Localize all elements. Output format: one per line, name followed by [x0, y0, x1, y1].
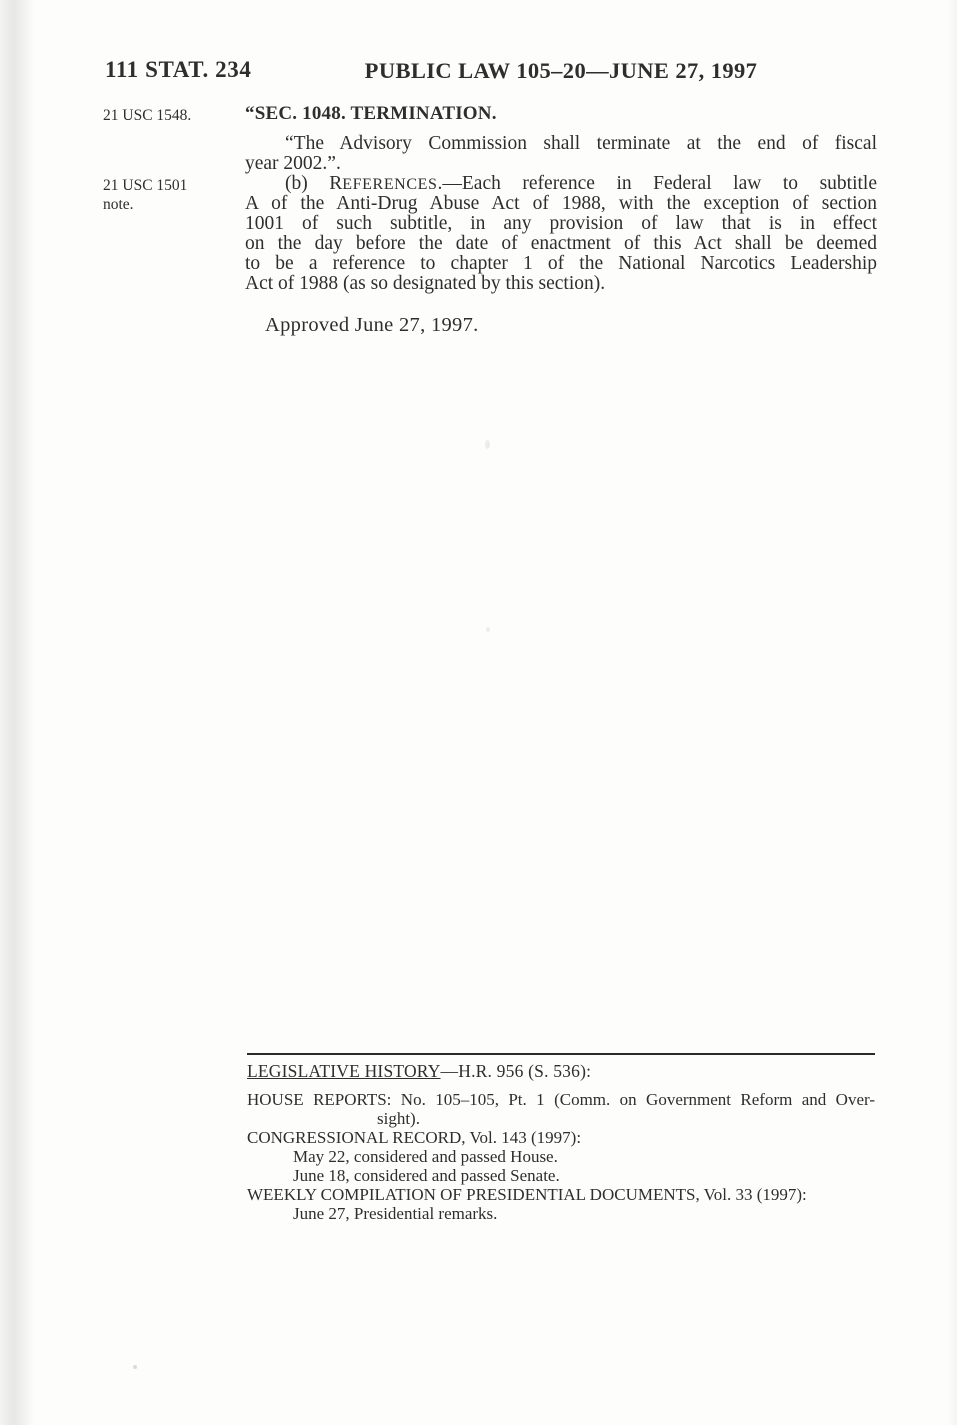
paragraph-line: to be a reference to chapter 1 of the Na…	[245, 254, 877, 274]
scan-speck	[485, 440, 490, 449]
weekly-compilation-line: WEEKLY COMPILATION OF PRESIDENTIAL DOCUM…	[247, 1185, 875, 1204]
paragraph-line: A of the Anti-Drug Abuse Act of 1988, wi…	[245, 194, 877, 214]
section-heading: “SEC. 1048. TERMINATION.	[245, 104, 877, 124]
legislative-history-title: LEGISLATIVE HISTORY—H.R. 956 (S. 536):	[247, 1062, 875, 1081]
paragraph-line: year 2002.”.	[245, 154, 877, 174]
scan-speck	[486, 627, 490, 632]
public-law-header: PUBLIC LAW 105–20—JUNE 27, 1997	[245, 58, 877, 84]
page-binding-edge	[0, 0, 34, 1425]
scanned-statute-page: 111 STAT. 234 PUBLIC LAW 105–20—JUNE 27,…	[0, 0, 957, 1425]
statute-body-text: “SEC. 1048. TERMINATION. “The Advisory C…	[245, 104, 877, 335]
record-item: May 22, considered and passed House.	[247, 1147, 875, 1166]
congressional-record-line: CONGRESSIONAL RECORD, Vol. 143 (1997):	[247, 1128, 875, 1147]
paragraph-line: Act of 1988 (as so designated by this se…	[245, 274, 877, 294]
paragraph-line: 1001 of such subtitle, in any provision …	[245, 214, 877, 234]
approval-date-line: Approved June 27, 1997.	[245, 315, 877, 335]
margin-citation-line: note.	[103, 195, 238, 214]
statute-page-number: 111 STAT. 234	[105, 57, 251, 83]
paragraph-text: .—Each reference in Federal law to subti…	[438, 174, 878, 194]
house-reports-continuation: sight).	[247, 1109, 875, 1128]
margin-citation-21usc1548: 21 USC 1548.	[103, 106, 238, 125]
bill-numbers: —H.R. 956 (S. 536):	[441, 1061, 592, 1081]
paragraph-line: “The Advisory Commission shall terminate…	[245, 134, 877, 154]
subsection-label: (b) R	[285, 174, 342, 194]
weekly-compilation-item: June 27, Presidential remarks.	[247, 1204, 875, 1223]
paragraph-line: on the day before the date of enactment …	[245, 234, 877, 254]
margin-citation-21usc1501-note: 21 USC 1501 note.	[103, 176, 238, 214]
margin-citation-line: 21 USC 1501	[103, 176, 238, 195]
references-smallcaps: EFERENCES	[342, 176, 437, 193]
legislative-history-label: LEGISLATIVE HISTORY	[247, 1061, 441, 1081]
house-reports-line: HOUSE REPORTS: No. 105–105, Pt. 1 (Comm.…	[247, 1090, 875, 1109]
legislative-history-block: LEGISLATIVE HISTORY—H.R. 956 (S. 536): H…	[247, 1053, 875, 1223]
scan-speck	[133, 1365, 137, 1369]
record-item: June 18, considered and passed Senate.	[247, 1166, 875, 1185]
page-right-edge	[947, 0, 957, 1425]
paragraph-line: (b) REFERENCES.—Each reference in Federa…	[245, 174, 877, 194]
